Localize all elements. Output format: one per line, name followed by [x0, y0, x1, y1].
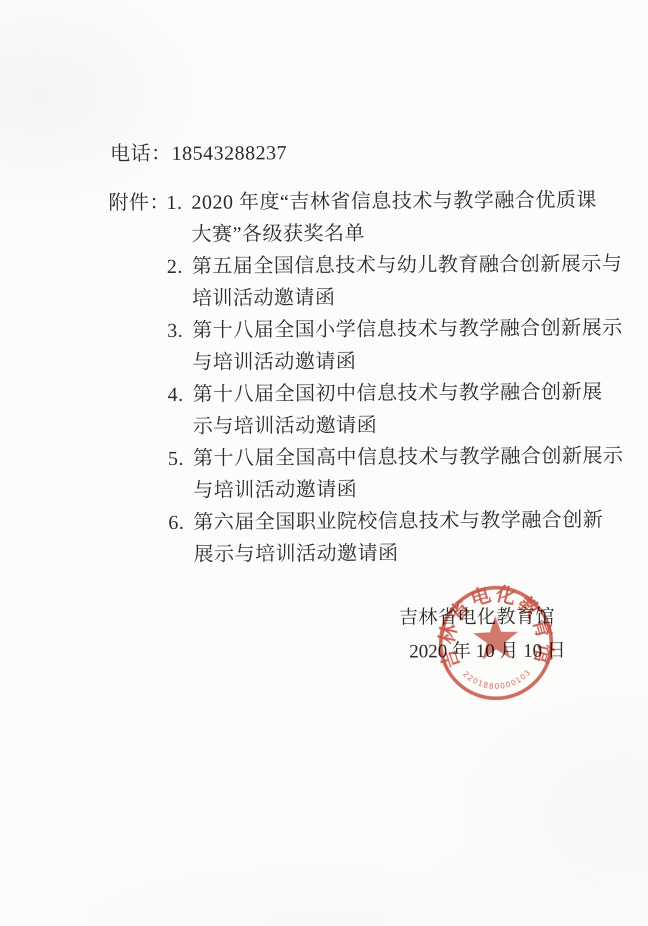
- attachment-item: 5.第十八届全国高中信息技术与教学融合创新展示 与培训活动邀请函: [168, 440, 610, 507]
- phone-line: 电话：18543288237: [110, 136, 287, 166]
- item-number: 6.: [168, 507, 193, 539]
- document-content: 电话：18543288237 附件： 1.2020 年度“吉林省信息技术与教学融…: [0, 0, 648, 926]
- item-text-line2: 展示与培训活动邀请函: [168, 536, 610, 571]
- item-text-line1: 第十八届全国小学信息技术与教学融合创新展示: [192, 317, 623, 342]
- item-text-line2: 与培训活动邀请函: [167, 344, 609, 379]
- item-text-line2: 培训活动邀请函: [167, 280, 609, 315]
- signature-date: 2020 年 10 月 10 日: [399, 635, 566, 670]
- item-text-line2: 示与培训活动邀请函: [168, 408, 610, 443]
- attachment-item: 6.第六届全国职业院校信息技术与教学融合创新 展示与培训活动邀请函: [168, 504, 610, 571]
- item-text-line1: 2020 年度“吉林省信息技术与教学融合优质课: [191, 189, 597, 213]
- attachment-item: 3.第十八届全国小学信息技术与教学融合创新展示 与培训活动邀请函: [167, 312, 609, 379]
- attachment-item: 4.第十八届全国初中信息技术与教学融合创新展 示与培训活动邀请函: [167, 376, 609, 443]
- attachments-list: 1.2020 年度“吉林省信息技术与教学融合优质课 大赛”各级获奖名单 2.第五…: [166, 184, 610, 571]
- attachment-item: 2.第五届全国信息技术与幼儿教育融合创新展示与 培训活动邀请函: [167, 248, 609, 315]
- signature-org: 吉林省电化教育馆: [399, 601, 566, 636]
- attachment-item: 1.2020 年度“吉林省信息技术与教学融合优质课 大赛”各级获奖名单: [166, 184, 608, 251]
- item-text-line1: 第十八届全国高中信息技术与教学融合创新展示: [193, 445, 624, 470]
- item-text-line1: 第十八届全国初中信息技术与教学融合创新展: [193, 381, 603, 406]
- item-number: 5.: [168, 443, 193, 475]
- item-number: 3.: [167, 315, 192, 347]
- item-text-line2: 大赛”各级获奖名单: [167, 216, 609, 251]
- item-number: 2.: [167, 251, 192, 283]
- attachments-label: 附件：: [108, 187, 170, 219]
- item-text-line2: 与培训活动邀请函: [168, 472, 610, 507]
- item-text-line1: 第五届全国信息技术与幼儿教育融合创新展示与: [192, 253, 623, 278]
- document-page: 电话：18543288237 附件： 1.2020 年度“吉林省信息技术与教学融…: [0, 0, 648, 926]
- signature-block: 吉林省电化教育馆 2020 年 10 月 10 日: [399, 601, 566, 670]
- item-text-line1: 第六届全国职业院校信息技术与教学融合创新: [193, 509, 603, 534]
- phone-label: 电话：: [110, 143, 172, 165]
- attachments-section: 附件： 1.2020 年度“吉林省信息技术与教学融合优质课 大赛”各级获奖名单 …: [108, 184, 610, 571]
- phone-number: 18543288237: [172, 142, 288, 165]
- item-number: 4.: [167, 379, 192, 411]
